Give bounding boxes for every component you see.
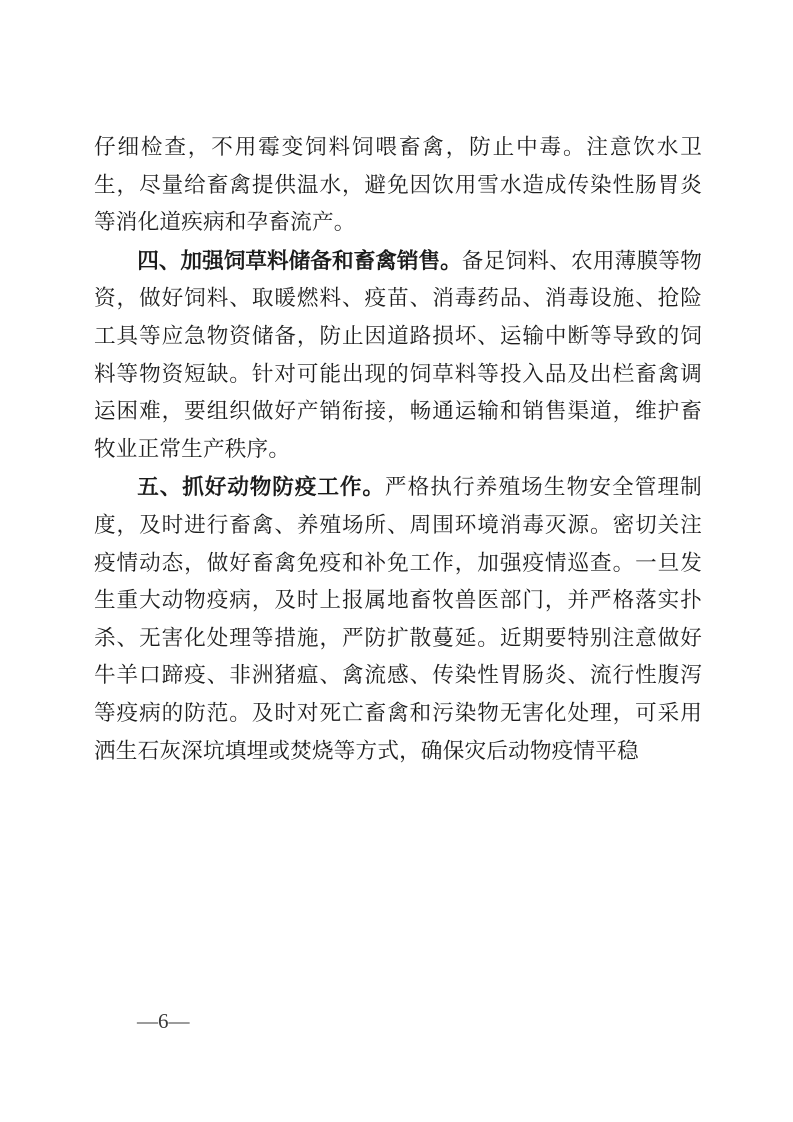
paragraph: 五、抓好动物防疫工作。严格执行养殖场生物安全管理制度，及时进行畜禽、养殖场所、周… bbox=[94, 468, 702, 770]
page-number: —6— bbox=[137, 1008, 190, 1034]
paragraph: 仔细检查，不用霉变饲料饲喂畜禽，防止中毒。注意饮水卫生，尽量给畜禽提供温水，避免… bbox=[94, 128, 702, 242]
document-body: 仔细检查，不用霉变饲料饲喂畜禽，防止中毒。注意饮水卫生，尽量给畜禽提供温水，避免… bbox=[94, 128, 702, 770]
document-page: 仔细检查，不用霉变饲料饲喂畜禽，防止中毒。注意饮水卫生，尽量给畜禽提供温水，避免… bbox=[0, 0, 793, 1122]
paragraph-text: 严格执行养殖场生物安全管理制度，及时进行畜禽、养殖场所、周围环境消毒灭源。密切关… bbox=[94, 475, 702, 762]
paragraph: 四、加强饲草料储备和畜禽销售。备足饲料、农用薄膜等物资，做好饲料、取暖燃料、疫苗… bbox=[94, 242, 702, 469]
section-heading-5: 五、抓好动物防疫工作。 bbox=[137, 474, 385, 499]
section-heading-4: 四、加强饲草料储备和畜禽销售。 bbox=[137, 248, 462, 273]
paragraph-text: 仔细检查，不用霉变饲料饲喂畜禽，防止中毒。注意饮水卫生，尽量给畜禽提供温水，避免… bbox=[94, 135, 702, 234]
paragraph-text: 备足饲料、农用薄膜等物资，做好饲料、取暖燃料、疫苗、消毒药品、消毒设施、抢险工具… bbox=[94, 249, 702, 461]
